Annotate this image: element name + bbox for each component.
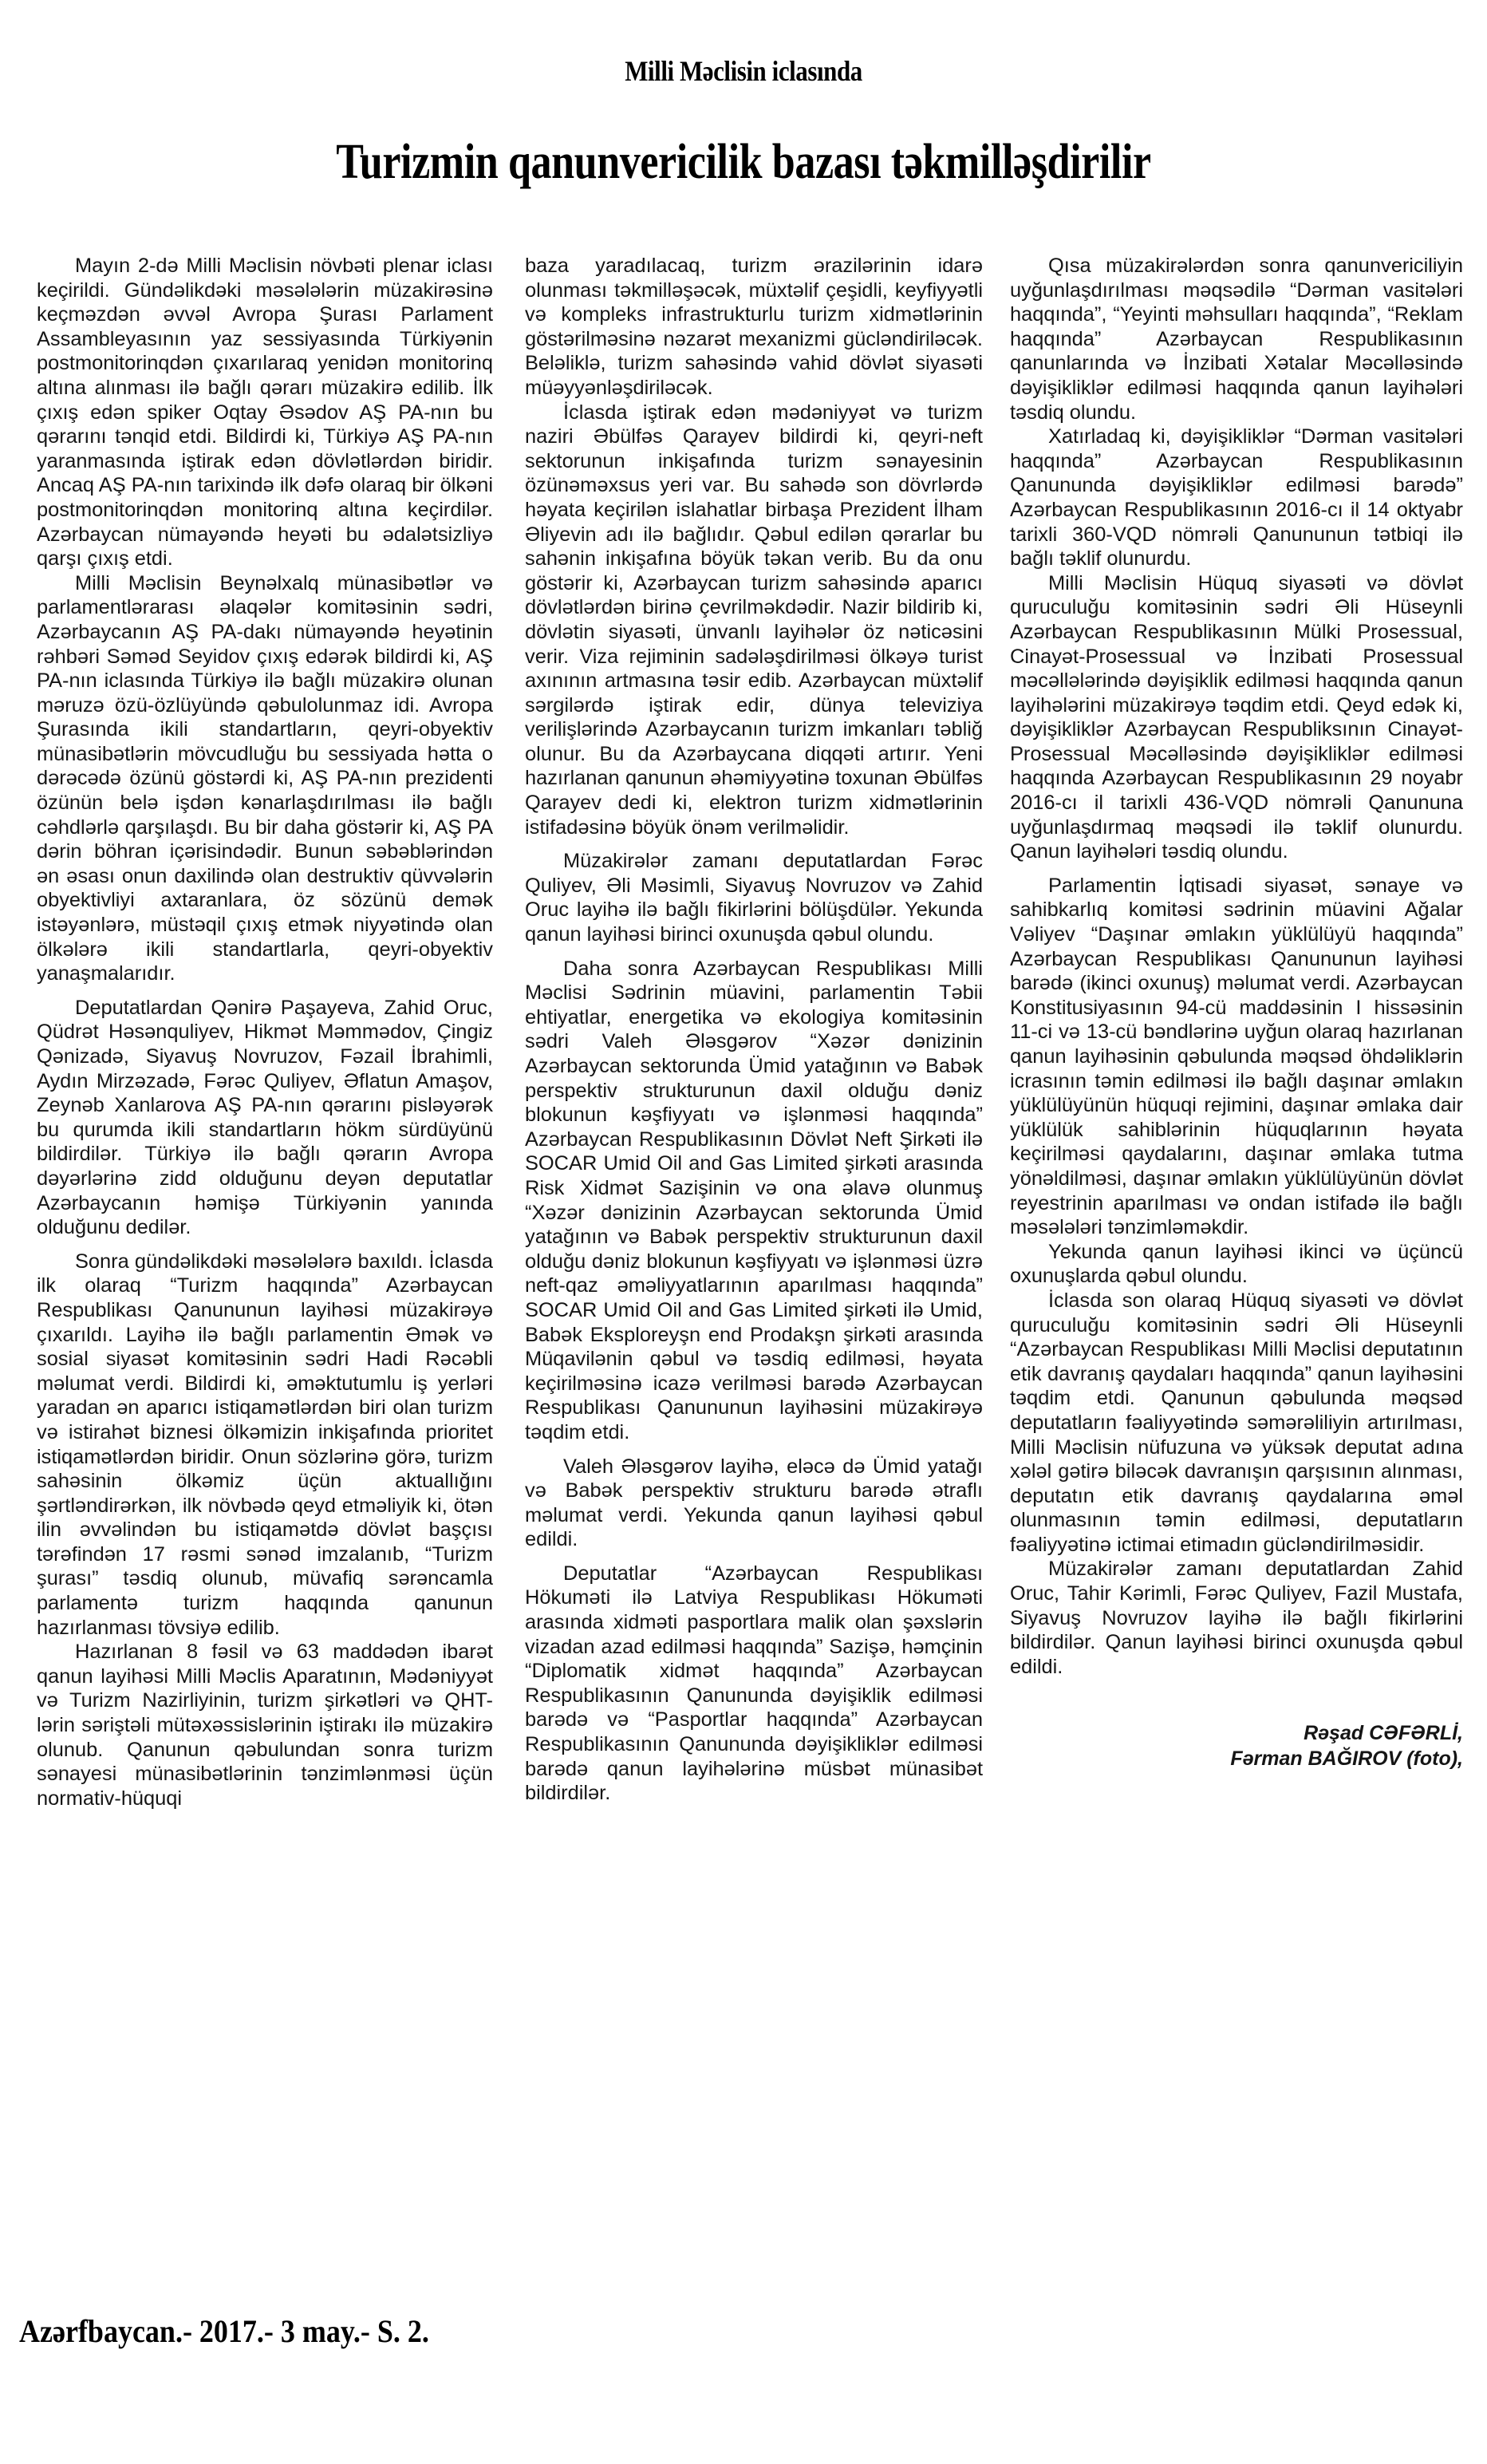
paragraph: Daha sonra Azərbaycan Respublikası Milli… <box>525 957 983 1445</box>
byline-photographer: Fərman BAĞIROV (foto), <box>1010 1746 1463 1771</box>
paragraph: Valeh Ələsgərov layihə, eləcə də Ümid ya… <box>525 1455 983 1552</box>
paragraph: İclasda iştirak edən mədəniyyət və turiz… <box>525 401 983 840</box>
paragraph: Xatırladaq ki, dəyişikliklər “Dərman vas… <box>1010 424 1463 571</box>
paragraph: Qısa müzakirələrdən sonra qanunvericiliy… <box>1010 254 1463 424</box>
paragraph: Parlamentin İqtisadi siyasət, sənaye və … <box>1010 874 1463 1240</box>
paragraph: Sonra gündəlikdəki məsələlərə baxıldı. İ… <box>37 1250 493 1641</box>
column-2: baza yaradılacaq, turizm ərazilərinin id… <box>525 254 983 1806</box>
paragraph: Mayın 2-də Milli Məclisin növbəti plenar… <box>37 254 493 571</box>
paragraph: Hazırlanan 8 fəsil və 63 maddədən ibarət… <box>37 1640 493 1810</box>
paragraph: Milli Məclisin Hüquq siyasəti və dövlət … <box>1010 571 1463 864</box>
article-kicker: Milli Məclisin iclasında <box>104 54 1382 88</box>
paragraph: Yekunda qanun layihəsi ikinci və üçüncü … <box>1010 1240 1463 1289</box>
column-3: Qısa müzakirələrdən sonra qanunvericiliy… <box>1010 254 1463 1771</box>
byline: Rəşad CƏFƏRLİ, Fərman BAĞIROV (foto), <box>1010 1720 1463 1771</box>
paragraph: Deputatlardan Qənirə Paşayeva, Zahid Oru… <box>37 996 493 1240</box>
paragraph: İclasda son olaraq Hüquq siyasəti və döv… <box>1010 1289 1463 1558</box>
paragraph: Müzakirələr zamanı deputatlardan Zahid O… <box>1010 1557 1463 1679</box>
byline-author: Rəşad CƏFƏRLİ, <box>1010 1720 1463 1746</box>
paragraph: Müzakirələr zamanı deputatlardan Fərəc Q… <box>525 849 983 946</box>
paragraph: Milli Məclisin Beynəlxalq münasibətlər v… <box>37 571 493 986</box>
paragraph: Deputatlar “Azərbaycan Respublikası Höku… <box>525 1562 983 1806</box>
source-citation: Azərfbaycan.- 2017.- 3 may.- S. 2. <box>19 2312 429 2350</box>
article-headline: Turizmin qanunvericilik bazası təkmilləş… <box>119 134 1368 191</box>
column-1: Mayın 2-də Milli Məclisin növbəti plenar… <box>37 254 493 1810</box>
paragraph: baza yaradılacaq, turizm ərazilərinin id… <box>525 254 983 401</box>
